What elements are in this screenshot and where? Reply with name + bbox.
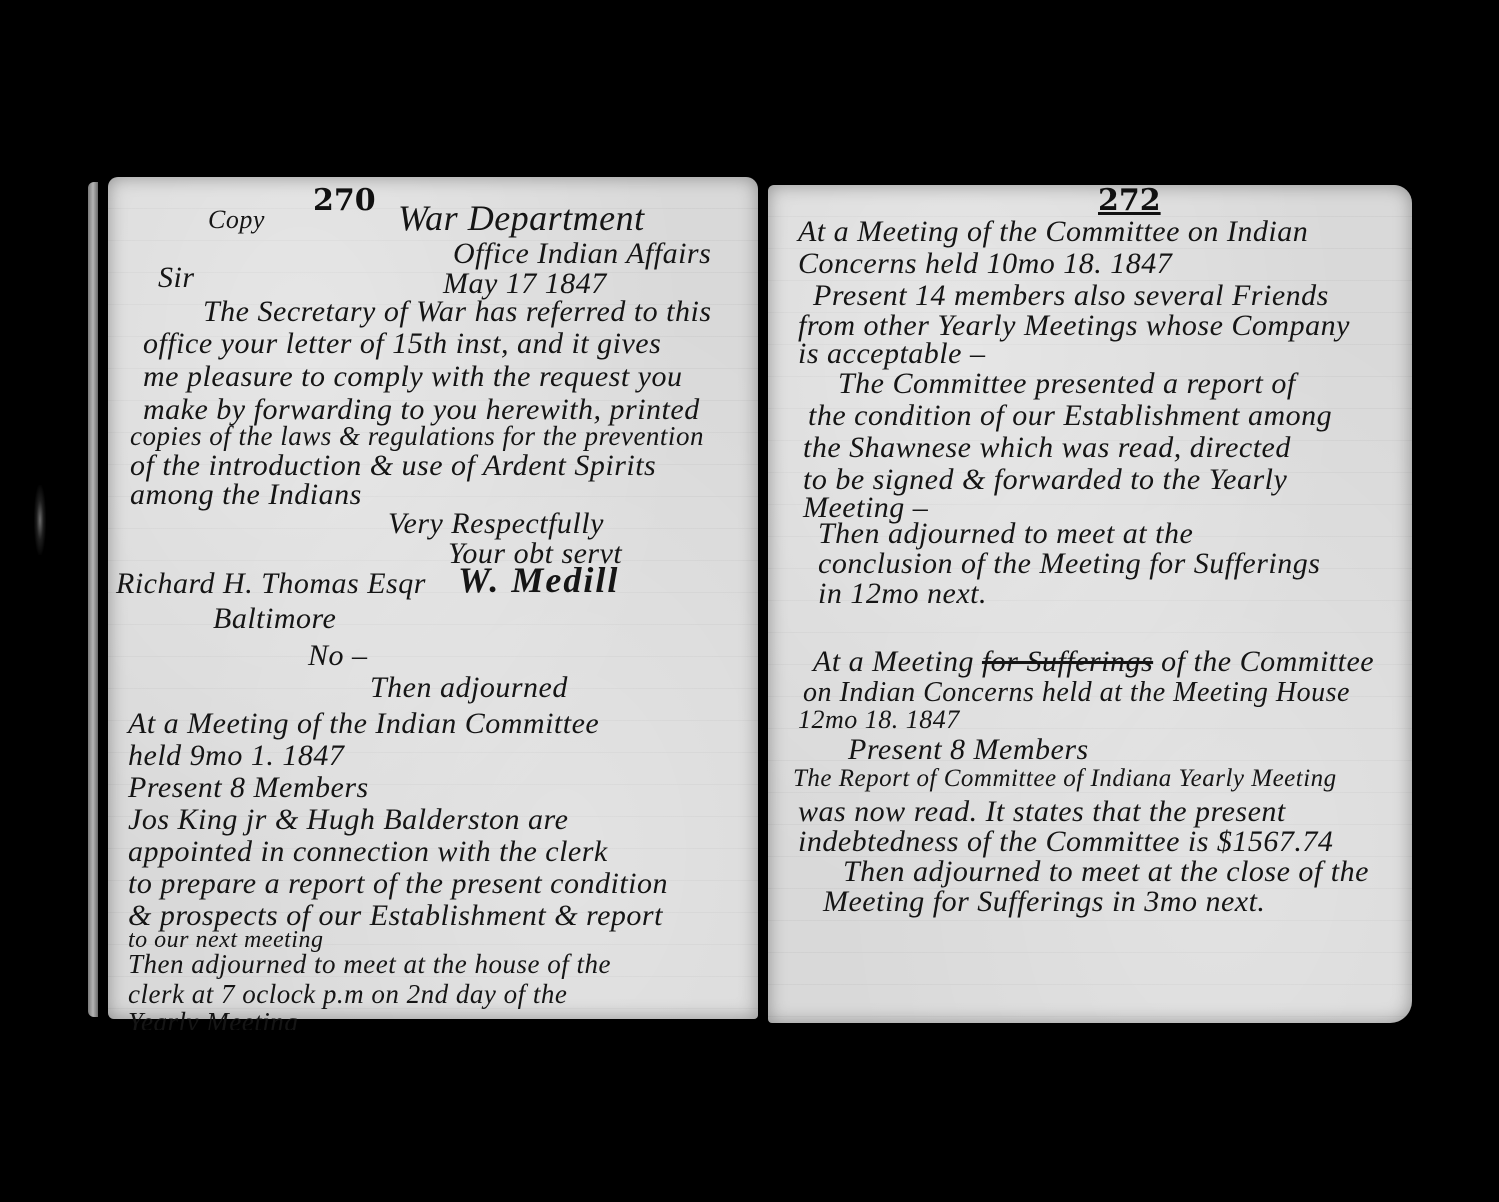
minutes-line: Then adjourned to meet at the — [818, 517, 1193, 551]
salutation: Sir — [158, 261, 195, 295]
minutes-line: indebtedness of the Committee is $1567.7… — [798, 825, 1333, 859]
minutes-line: Present 14 members also several Friends — [813, 279, 1329, 313]
page-number: 272 — [1098, 183, 1161, 218]
copy-label: Copy — [208, 205, 265, 235]
minutes-line: the Shawnese which was read, directed — [803, 431, 1291, 465]
minutes-line: is acceptable – — [798, 337, 985, 371]
left-page: 270 Copy War Department Office Indian Af… — [108, 177, 758, 1019]
book-edge — [88, 182, 98, 1017]
letter-body-line: me pleasure to comply with the request y… — [143, 360, 683, 394]
minutes-line: The Committee presented a report of — [838, 367, 1296, 401]
letter-body-line: among the Indians — [130, 478, 362, 512]
minutes-line: held 9mo 1. 1847 — [128, 739, 344, 773]
closing: Very Respectfully — [388, 507, 604, 541]
minutes-line: The Report of Committee of Indiana Yearl… — [793, 765, 1337, 793]
minutes-line: clerk at 7 oclock p.m on 2nd day of the — [128, 979, 567, 1010]
signature: W. Medill — [458, 559, 619, 601]
minutes-line: conclusion of the Meeting for Sufferings — [818, 547, 1320, 581]
letter-body-line: The Secretary of War has referred to thi… — [203, 295, 712, 329]
minutes-line: Present 8 Members — [128, 771, 369, 805]
addressee: Richard H. Thomas Esqr — [116, 567, 426, 601]
minutes-line: Yearly Meeting — [128, 1007, 298, 1038]
minutes-line: At a Meeting of the Indian Committee — [128, 707, 599, 741]
minutes-line: to prepare a report of the present condi… — [128, 867, 668, 901]
minutes-line: the condition of our Establishment among — [808, 399, 1332, 433]
line-end: of the Committee — [1161, 645, 1374, 678]
minutes-line: 12mo 18. 1847 — [798, 705, 960, 735]
minutes-line: Meeting for Sufferings in 3mo next. — [823, 885, 1265, 919]
note: No – — [308, 639, 368, 673]
page-number: 270 — [313, 183, 376, 218]
scan-artifact — [34, 485, 46, 555]
minutes-line: Then adjourned to meet at the close of t… — [843, 855, 1369, 889]
minutes-line: Present 8 Members — [848, 733, 1089, 767]
addressee-city: Baltimore — [213, 602, 336, 636]
minutes-line: Then adjourned to meet at the house of t… — [128, 949, 611, 980]
minutes-line: appointed in connection with the clerk — [128, 835, 608, 869]
minutes-line: Jos King jr & Hugh Balderston are — [128, 803, 568, 837]
minutes-line: was now read. It states that the present — [798, 795, 1286, 829]
letter-heading: War Department — [398, 197, 645, 239]
letter-subheading: Office Indian Affairs — [453, 237, 711, 271]
letter-body-line: copies of the laws & regulations for the… — [130, 421, 704, 452]
minutes-line: At a Meeting of the Committee on Indian — [798, 215, 1308, 249]
minutes-line: Concerns held 10mo 18. 1847 — [798, 247, 1172, 281]
letter-body-line: office your letter of 15th inst, and it … — [143, 327, 661, 361]
minutes-line: in 12mo next. — [818, 577, 987, 611]
right-page: 272 At a Meeting of the Committee on Ind… — [768, 185, 1412, 1023]
adjourned-note: Then adjourned — [370, 671, 568, 705]
struck-text: for Sufferings — [982, 645, 1153, 678]
minutes-line: At a Meeting for Sufferings of the Commi… — [813, 645, 1374, 679]
line-start: At a Meeting — [813, 645, 974, 678]
